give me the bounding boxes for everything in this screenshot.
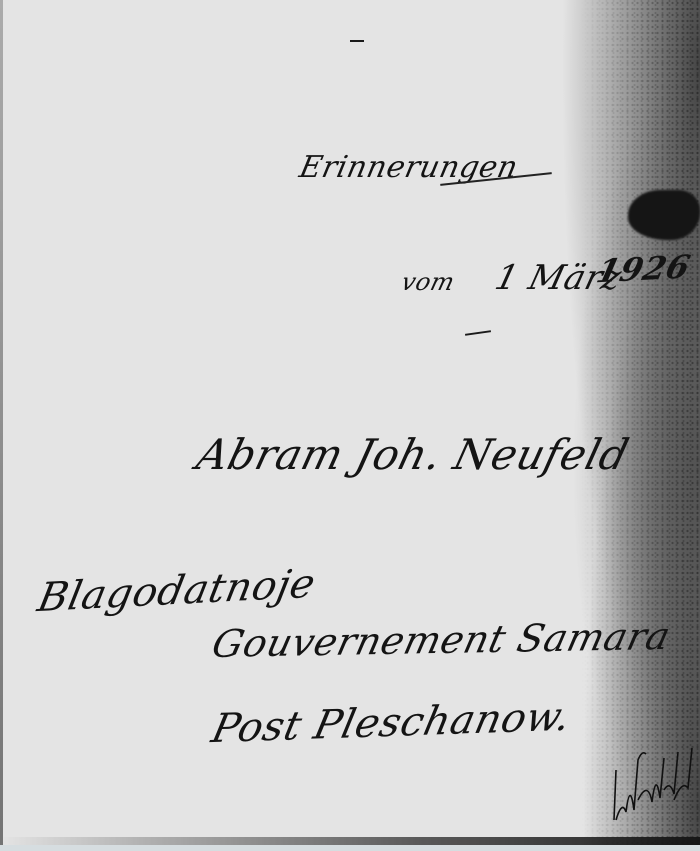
address-line-post: Post Pleschanow.: [208, 694, 575, 752]
scanned-page: Erinnerungen vom 1 März 1926 Abram Joh. …: [0, 0, 700, 851]
address-line-village: Blagodatnoje: [34, 561, 319, 621]
signature-scribble: [608, 740, 696, 832]
separator-dash: [465, 330, 491, 336]
top-dash-mark: [350, 40, 364, 42]
address-line-province: Gouvernement Samara: [208, 614, 675, 666]
date-prefix: vom: [399, 268, 458, 296]
left-page-edge: [0, 0, 3, 851]
scan-speckle-noise: [580, 0, 700, 851]
ink-blot: [628, 190, 700, 240]
scan-bottom-margin: [0, 845, 700, 851]
bottom-page-edge: [0, 837, 700, 845]
date-year: 1926: [593, 248, 694, 291]
author-name: Abram Joh. Neufeld: [192, 430, 634, 479]
